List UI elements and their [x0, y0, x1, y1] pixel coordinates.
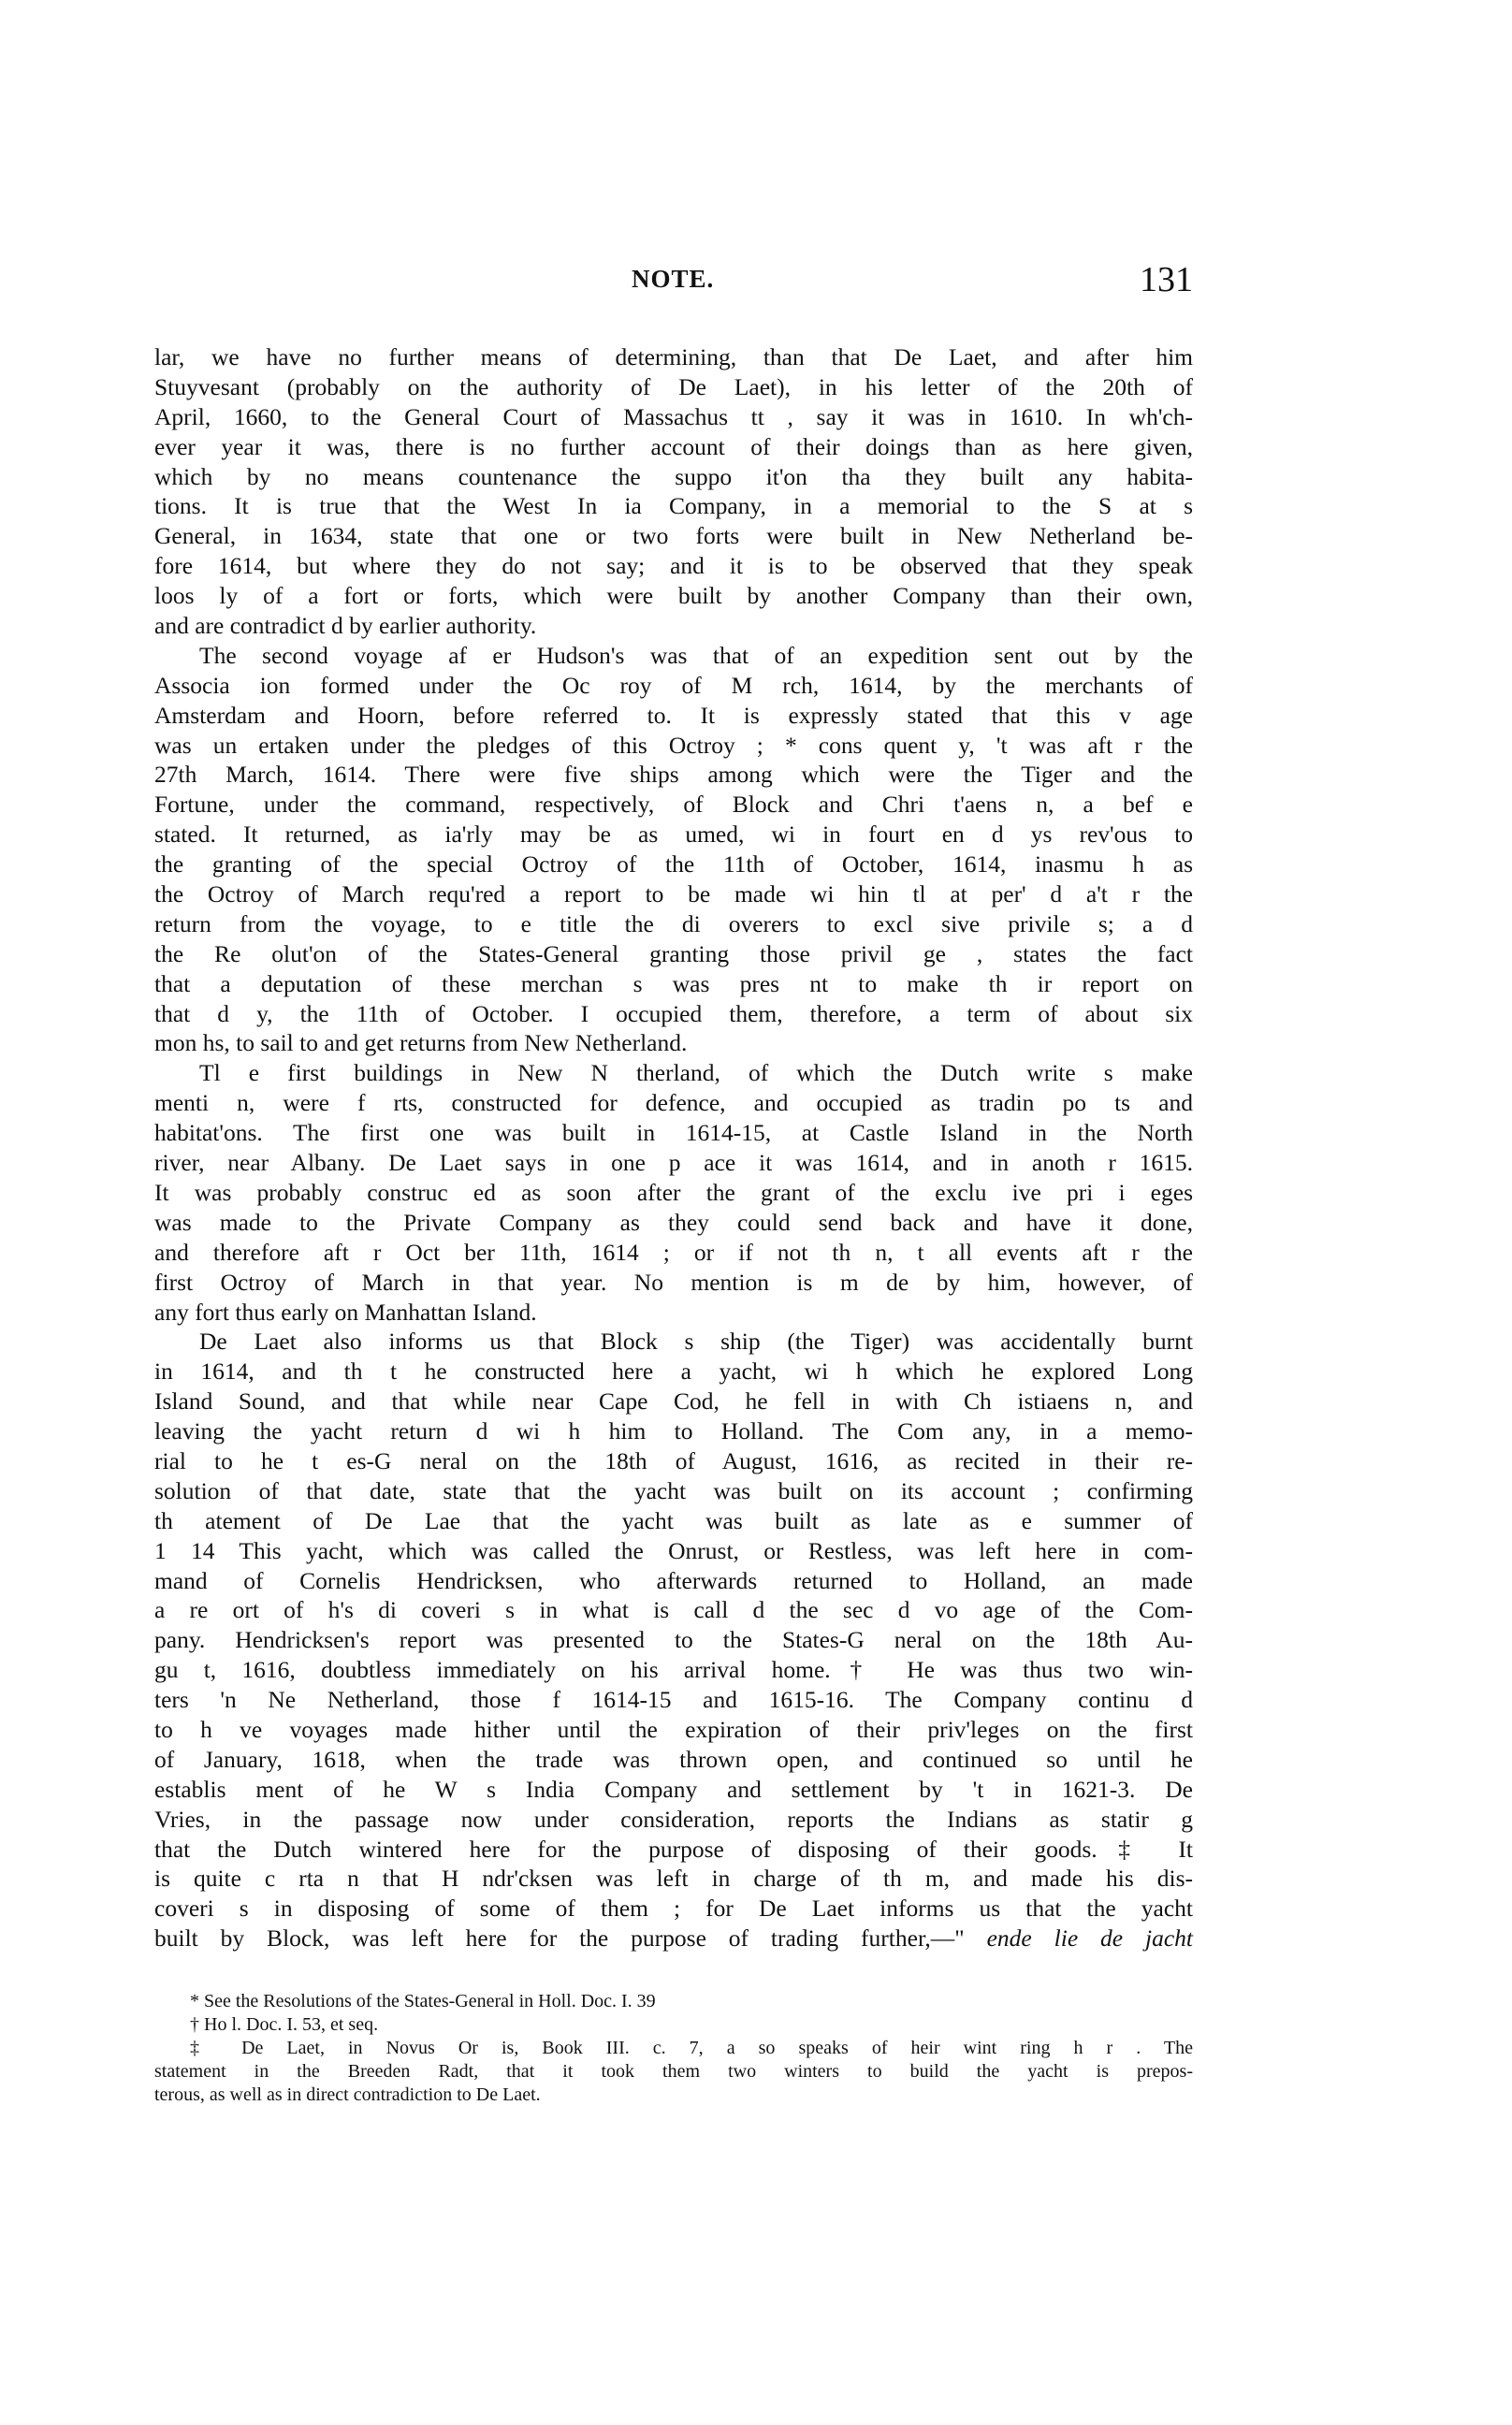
text-line: Stuyvesant (probably on the authority of…	[154, 372, 1193, 402]
text-line: pany. Hendricksen's report was presented…	[154, 1625, 1193, 1655]
text-line: river, near Albany. De Laet says in one …	[154, 1148, 1193, 1178]
text-line: and therefore aft r Oct ber 11th, 1614 ;…	[154, 1238, 1193, 1268]
text-line: the granting of the special Octroy of th…	[154, 849, 1193, 879]
text-line: a re ort of h's di coveri s in what is c…	[154, 1595, 1193, 1625]
text-line: gu t, 1616, doubtless immediately on his…	[154, 1655, 1193, 1685]
text-line: mon hs, to sail to and get returns from …	[154, 1028, 1193, 1058]
text-line: any fort thus early on Manhattan Island.	[154, 1298, 1193, 1328]
text-line: which by no means countenance the suppo …	[154, 462, 1193, 492]
text-line: mand of Cornelis Hendricksen, who afterw…	[154, 1566, 1193, 1596]
footnotes: * See the Resolutions of the States-Gene…	[154, 1990, 1193, 2107]
text-line: is quite c rta n that H ndr'cksen was le…	[154, 1864, 1193, 1894]
paragraph-start: De Laet also informs us that Block s shi…	[154, 1327, 1193, 1357]
text-line: to h ve voyages made hither until the ex…	[154, 1715, 1193, 1745]
text-line: establis ment of he W s India Company an…	[154, 1775, 1193, 1805]
italic-quote: ende lie de jacht	[987, 1924, 1193, 1952]
page-number: 131	[1140, 259, 1193, 300]
text-line: that the Dutch wintered here for the pur…	[154, 1835, 1193, 1865]
text-line: ever year it was, there is no further ac…	[154, 432, 1193, 462]
text-line: fore 1614, but where they do not say; an…	[154, 551, 1193, 581]
running-title: NOTE.	[632, 265, 714, 294]
text-line: habitat'ons. The first one was built in …	[154, 1118, 1193, 1148]
text-line: of January, 1618, when the trade was thr…	[154, 1745, 1193, 1775]
text-line: menti n, were f rts, constructed for def…	[154, 1088, 1193, 1118]
text-line: rial to he t es-G neral on the 18th of A…	[154, 1446, 1193, 1476]
text-line: Island Sound, and that while near Cape C…	[154, 1387, 1193, 1416]
page-header: NOTE. 131	[154, 265, 1193, 302]
text-line: Amsterdam and Hoorn, before referred to.…	[154, 701, 1193, 731]
footnote-asterisk: * See the Resolutions of the States-Gene…	[154, 1990, 1193, 2013]
text-line: lar, we have no further means of determi…	[154, 342, 1193, 372]
text-line: 1 14 This yacht, which was called the On…	[154, 1536, 1193, 1566]
text-line: first Octroy of March in that year. No m…	[154, 1268, 1193, 1298]
text-line: th atement of De Lae that the yacht was …	[154, 1506, 1193, 1536]
text-line: leaving the yacht return d wi h him to H…	[154, 1416, 1193, 1446]
body-text: lar, we have no further means of determi…	[154, 342, 1193, 1953]
paragraph-start: The second voyage af er Hudson's was tha…	[154, 641, 1193, 671]
text-line: tions. It is true that the West In ia Co…	[154, 491, 1193, 521]
text-line: solution of that date, state that the ya…	[154, 1476, 1193, 1506]
footnote-continuation: terous, as well as in direct contradicti…	[154, 2084, 1193, 2107]
text-line: was made to the Private Company as they …	[154, 1208, 1193, 1238]
text-line: It was probably construc ed as soon afte…	[154, 1178, 1193, 1208]
text-line: Associa ion formed under the Oc roy of M…	[154, 671, 1193, 701]
text-line: 27th March, 1614. There were five ships …	[154, 760, 1193, 790]
text-line: and are contradict d by earlier authorit…	[154, 611, 1193, 641]
text-line: return from the voyage, to e title the d…	[154, 909, 1193, 939]
paragraph-start: Tl e first buildings in New N therland, …	[154, 1058, 1193, 1088]
text-line: that a deputation of these merchan s was…	[154, 969, 1193, 999]
footnote-continuation: statement in the Breeden Radt, that it t…	[154, 2060, 1193, 2084]
text-line: General, in 1634, state that one or two …	[154, 521, 1193, 551]
text-line: April, 1660, to the General Court of Mas…	[154, 402, 1193, 432]
footnote-dagger: † Ho l. Doc. I. 53, et seq.	[154, 2013, 1193, 2037]
footnote-double-dagger: ‡ De Laet, in Novus Or is, Book III. c. …	[154, 2037, 1193, 2060]
text-line: stated. It returned, as ia'rly may be as…	[154, 820, 1193, 849]
text-line: the Re olut'on of the States-General gra…	[154, 939, 1193, 969]
text-line: was un ertaken under the pledges of this…	[154, 731, 1193, 761]
text-line-final: built by Block, was left here for the pu…	[154, 1924, 1193, 1953]
text-line: that d y, the 11th of October. I occupie…	[154, 999, 1193, 1029]
text-line: coveri s in disposing of some of them ; …	[154, 1894, 1193, 1924]
text-line: ters 'n Ne Netherland, those f 1614-15 a…	[154, 1685, 1193, 1715]
text-line: loos ly of a fort or forts, which were b…	[154, 581, 1193, 611]
text-segment: built by Block, was left here for the pu…	[154, 1924, 965, 1952]
text-line: the Octroy of March requ'red a report to…	[154, 879, 1193, 909]
text-line: in 1614, and th t he constructed here a …	[154, 1357, 1193, 1387]
text-line: Vries, in the passage now under consider…	[154, 1805, 1193, 1835]
text-line: Fortune, under the command, respectively…	[154, 790, 1193, 820]
